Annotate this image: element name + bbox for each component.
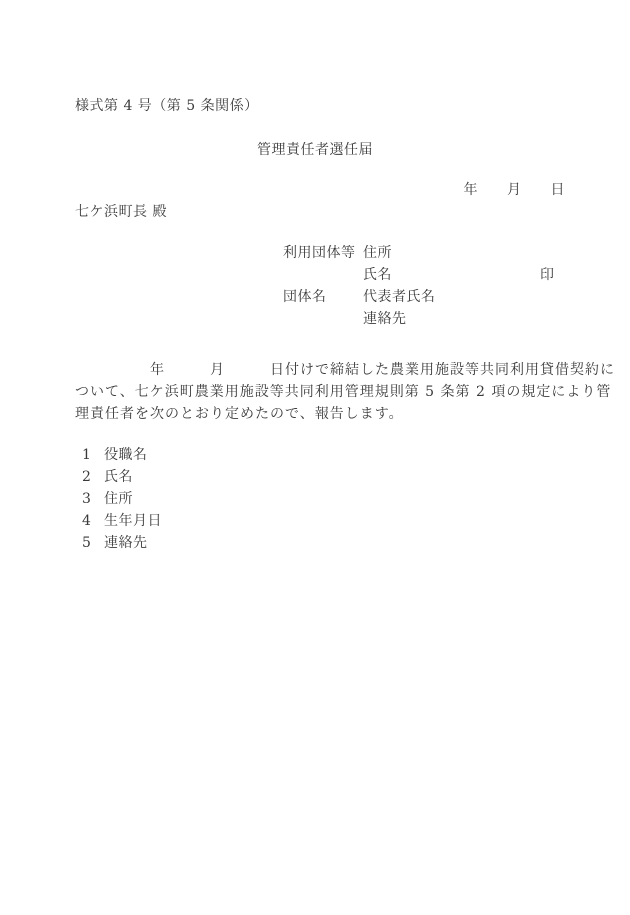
document-page: 様式第 4 号（第 5 条関係） 管理責任者選任届 年 月 日 七ケ浜町長 殿 … — [0, 0, 630, 915]
addressee: 七ケ浜町長 殿 — [75, 201, 167, 223]
list-item-number: 2 — [82, 466, 91, 488]
document-title: 管理責任者選任届 — [0, 139, 630, 161]
list-item-label: 連絡先 — [104, 532, 148, 554]
list-item-label: 役職名 — [104, 444, 148, 466]
seal-label: 印 — [540, 264, 555, 286]
list-item-label: 氏名 — [104, 466, 133, 488]
applicant-contact-label: 連絡先 — [363, 308, 407, 330]
list-item-number: 4 — [82, 510, 91, 532]
applicant-address-label: 住所 — [363, 242, 392, 264]
list-item-number: 5 — [82, 532, 91, 554]
list-item-label: 生年月日 — [104, 510, 162, 532]
form-number: 様式第 4 号（第 5 条関係） — [75, 95, 259, 117]
body-line-3: 理責任者を次のとおり定めたので、報告します。 — [75, 403, 404, 425]
list-item-number: 3 — [82, 488, 91, 510]
list-item-number: 1 — [82, 444, 91, 466]
applicant-representative-label: 代表者氏名 — [363, 286, 436, 308]
list-item-label: 住所 — [104, 488, 133, 510]
body-line-1: 年 月 日付けで締結した農業用施設等共同利用貸借契約に — [75, 359, 615, 381]
date-line: 年 月 日 — [464, 179, 566, 201]
applicant-group-label: 利用団体等 — [283, 242, 356, 264]
applicant-name-label: 氏名 — [363, 264, 392, 286]
applicant-org-label: 団体名 — [283, 286, 327, 308]
body-line-2: ついて、七ケ浜町農業用施設等共同利用管理規則第 5 条第 2 項の規定により管 — [75, 381, 611, 403]
